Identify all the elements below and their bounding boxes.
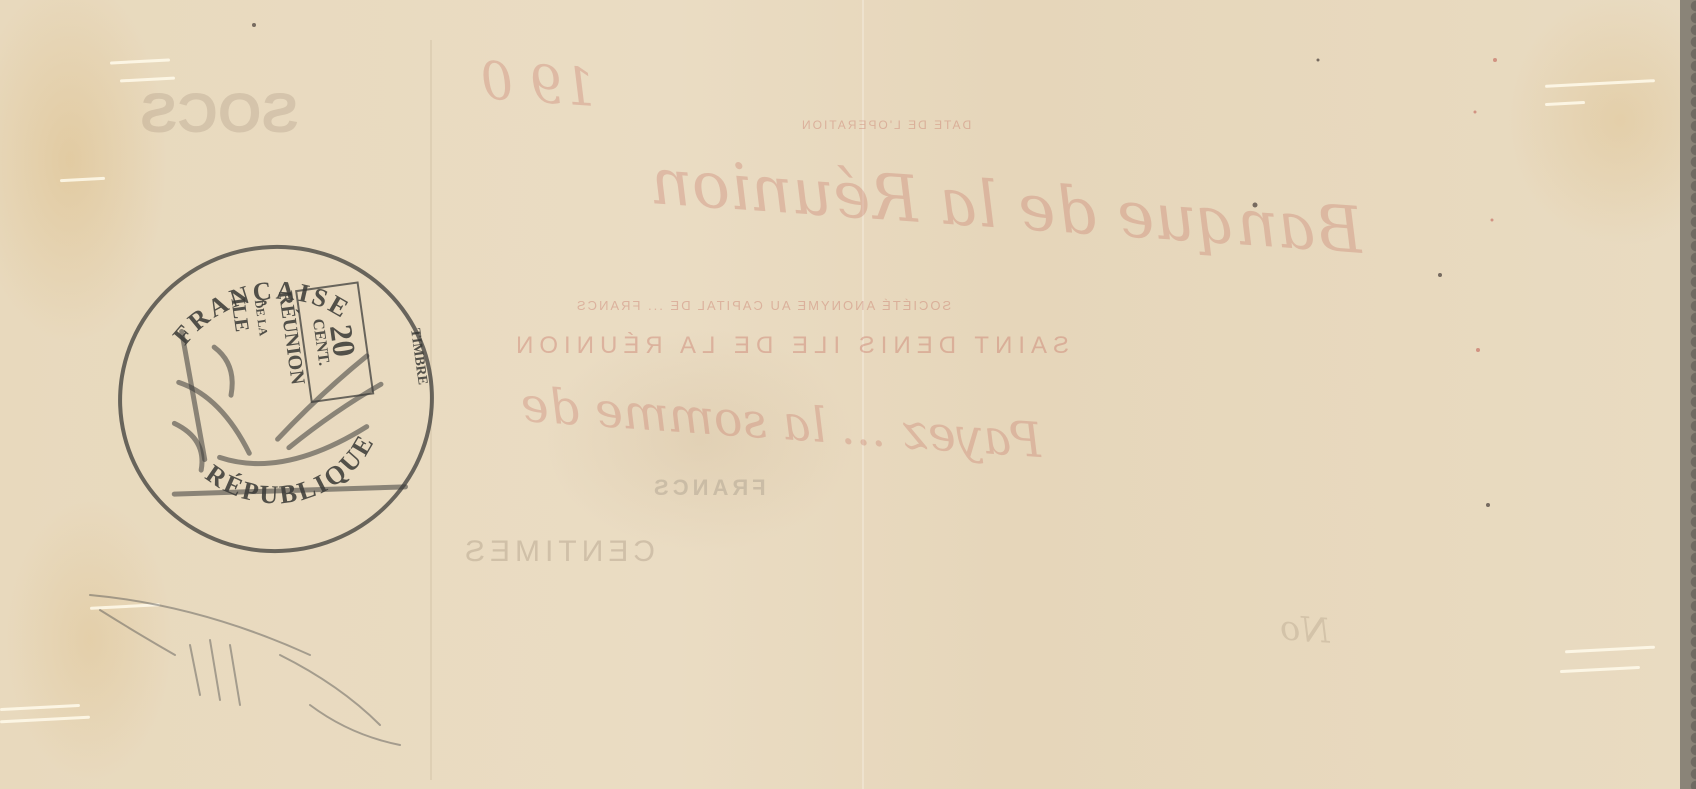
paper-speckles-icon <box>0 0 1680 789</box>
perforated-edge <box>1680 0 1696 789</box>
cheque-verso: SOCS 19 0 DATE DE L'OPERATION Banque de … <box>0 0 1680 789</box>
